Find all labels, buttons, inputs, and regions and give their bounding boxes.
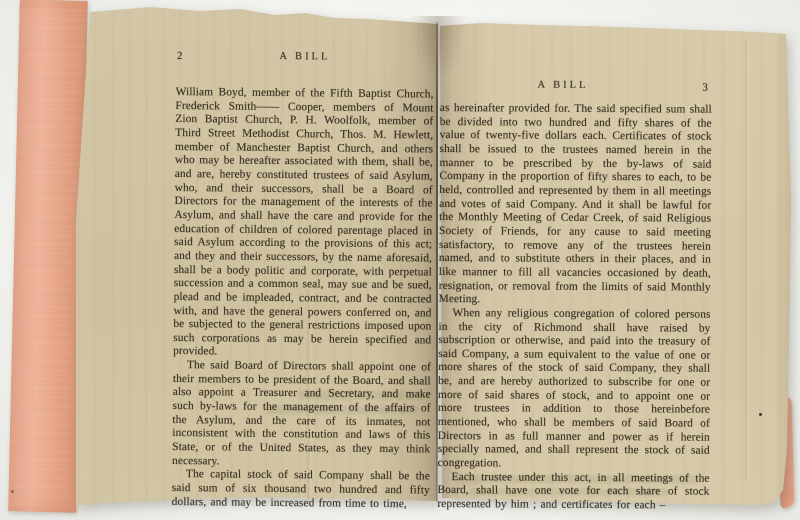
paragraph: When any religious congregation of color… <box>438 307 711 473</box>
paper-speck <box>11 490 14 493</box>
running-header: A BILL <box>440 79 712 92</box>
page-number: 3 <box>702 82 708 94</box>
paper-crease <box>744 40 750 480</box>
running-header: A BILL <box>176 50 434 63</box>
right-page-header: A BILL 3 <box>440 79 712 94</box>
right-page-body: as hereinafter provided for. The said sp… <box>437 102 711 513</box>
left-page-header: 2 A BILL <box>176 50 434 65</box>
paragraph: William Boyd, member of the Fifth Baptis… <box>173 86 434 362</box>
paragraph: as hereinafter provided for. The said sp… <box>439 102 712 309</box>
right-page-text: A BILL 3 as hereinafter provided for. Th… <box>437 79 712 513</box>
left-page-text: 2 A BILL William Boyd, member of the Fif… <box>172 50 434 512</box>
paragraph: The capital stock of said Company shall … <box>172 468 430 511</box>
paper-speck <box>759 413 762 416</box>
page-number: 2 <box>177 50 183 62</box>
paragraph: The said Board of Directors shall appoin… <box>172 359 431 471</box>
paragraph: Each trustee under this act, in all meet… <box>437 471 709 514</box>
left-page-body: William Boyd, member of the Fifth Baptis… <box>172 86 434 512</box>
